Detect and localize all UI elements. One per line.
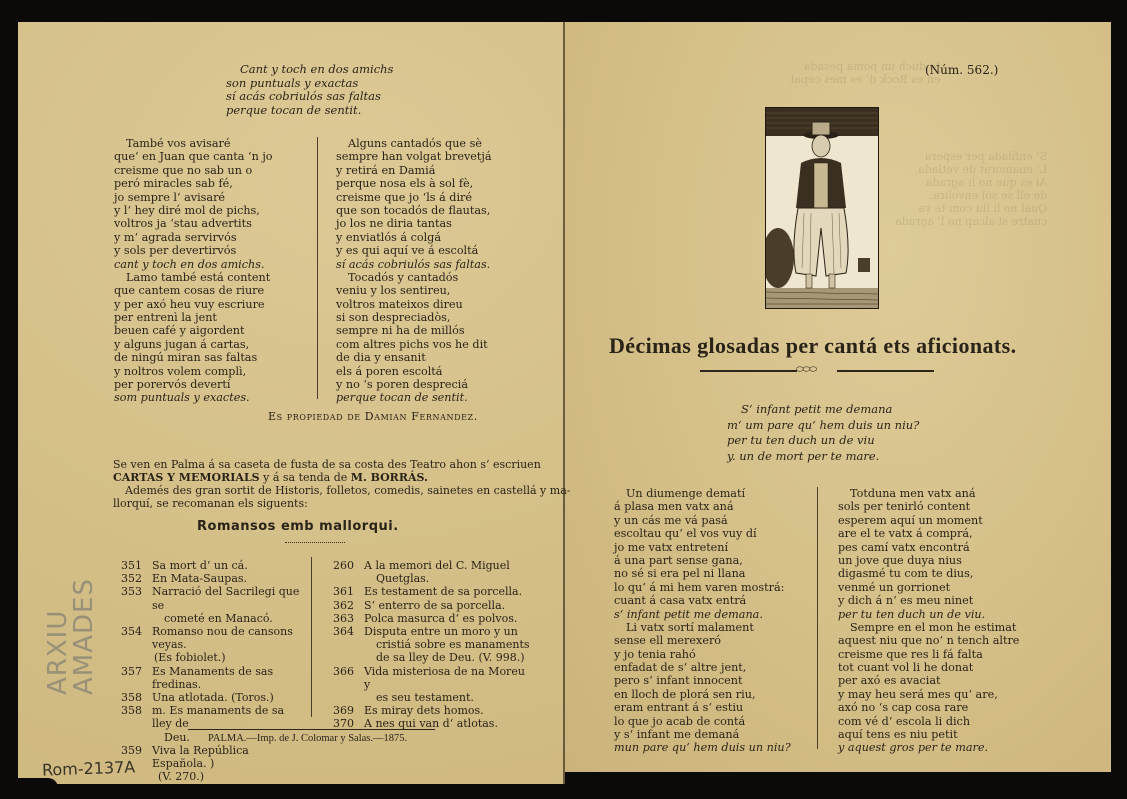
- verse-line: jo me vatx entretení: [614, 541, 791, 554]
- verse-line: y per axó heu vuy escriure: [114, 298, 273, 311]
- column-rule: [317, 137, 318, 399]
- verse-line: sense ell merexeró: [614, 634, 791, 647]
- verse-line: y es qui aquí ve á escoltá: [336, 244, 492, 257]
- column-rule: [817, 487, 818, 749]
- verse-line: y retirá en Damiá: [336, 164, 492, 177]
- center-fold: [563, 22, 565, 787]
- poem-title: Décimas glosadas per cantá ets aficionat…: [609, 333, 1016, 359]
- epigraph-line: sí acás cobriulós sas faltas: [226, 90, 406, 104]
- verse-line: peró miracles sab fé,: [114, 177, 273, 190]
- catalog-entry: 353Narració del Sacrilegi que se: [106, 585, 304, 611]
- entry-number: 361: [318, 585, 364, 598]
- verse-line: y enviatlós á colgá: [336, 231, 492, 244]
- torn-edge: [565, 772, 1127, 799]
- verse-line: y sols per devertirvós: [114, 244, 273, 257]
- verse-line: creisme que jo ‘ls á diré: [336, 191, 492, 204]
- entry-continuation: es seu testament.: [318, 691, 530, 704]
- catalog-right: 260A la memori del C. Miguel Quetglas. 3…: [318, 559, 530, 731]
- ornament-rule-right: [837, 370, 934, 372]
- verse-line: lo qu‘ á mi hem varen mostrá:: [614, 581, 791, 594]
- verse-line: y no ‘s poren despreciá: [336, 378, 492, 391]
- verse-line: y jo tenia rahó: [614, 648, 791, 661]
- entry-title: Narració del Sacrilegi que se: [152, 585, 304, 611]
- verse-line: jo sempre l‘ avisaré: [114, 191, 273, 204]
- catalog-left: 351Sa mort d‘ un cá. 352En Mata-Saupas. …: [106, 559, 304, 783]
- verse-line: sempre han volgat brevetjá: [336, 150, 492, 163]
- imprint-rule: [188, 729, 435, 730]
- catalog-entry: 357Es Manaments de sas fredinas.: [106, 665, 304, 691]
- verse-line: per entrenì la jent: [114, 311, 273, 324]
- epigraph-line: son puntuals y exactas: [226, 77, 406, 91]
- entry-title: Una atlotada. (Toros.): [152, 691, 304, 704]
- verse-line: y dich á n‘ es meu ninet: [838, 594, 1019, 607]
- verse-line: els á poren escoltá: [336, 365, 492, 378]
- verse-line: y m‘ agrada servirvós: [114, 231, 273, 244]
- epigraph-line: S‘ infant petit me demana: [727, 402, 919, 418]
- sale-line: llorquí, se recomanan els siguents:: [113, 497, 538, 510]
- right-epigraph: S‘ infant petit me demana m‘ um pare qu‘…: [727, 402, 919, 464]
- entry-number: 357: [106, 665, 152, 691]
- entry-title: Vida misteriosa de na Moreu y: [364, 665, 530, 691]
- torn-corner: [18, 778, 58, 788]
- entry-number: 366: [318, 665, 364, 691]
- verse-line: creisme que res li fá falta: [838, 648, 1019, 661]
- entry-title: En Mata-Saupas.: [152, 572, 304, 585]
- verse-line: de dia y ensanit: [336, 351, 492, 364]
- entry-number: 358: [106, 704, 152, 730]
- entry-title: Polca masurca d‘ es polvos.: [364, 612, 530, 625]
- epigraph-line: perque tocan de sentit.: [226, 104, 406, 118]
- verse-line: que‘ en Juan que canta ‘n jo: [114, 150, 273, 163]
- entry-title: A la memori del C. Miguel: [364, 559, 530, 572]
- verse-line: y may heu será mes qu‘ are,: [838, 688, 1019, 701]
- verse-line: Un diumenge dematí: [614, 487, 791, 500]
- verse-line: perque nosa els à sol fè,: [336, 177, 492, 190]
- verse-line: si son despreciadòs,: [336, 311, 492, 324]
- entry-number: 364: [318, 625, 364, 638]
- verse-line: Tocadós y cantadós: [336, 271, 492, 284]
- verse-line: y noltros volem complì,: [114, 365, 273, 378]
- ornament-icon: ⬭⬭⬭: [796, 365, 816, 375]
- verse-line: y l‘ hey diré mol de pichs,: [114, 204, 273, 217]
- verse-line: sols per tenirló content: [838, 500, 1019, 513]
- verse-line: y alguns jugan á cartas,: [114, 338, 273, 351]
- entry-continuation: (V. 270.): [106, 770, 304, 783]
- verse-line: y s‘ infant me demaná: [614, 728, 791, 741]
- epigraph-line: m‘ um pare qu‘ hem duis un niu?: [727, 418, 919, 434]
- catalog-entry: 354Romanso nou de cansons veyas.: [106, 625, 304, 651]
- sale-text: y á sa tenda de: [260, 471, 351, 484]
- verse-line: de ningú miran sas faltas: [114, 351, 273, 364]
- bleed-through-text: S‘ enfilada per esperaL‘ enamorat de vet…: [895, 150, 1047, 228]
- verse-line: y un cás me vá pasá: [614, 514, 791, 527]
- verse-refrain: sí acás cobriulós sas faltas.: [336, 258, 492, 271]
- entry-continuation: de sa lley de Deu. (V. 998.): [318, 651, 530, 664]
- verse-line: voltros mateixos direu: [336, 298, 492, 311]
- right-column-1: Un diumenge dematí á plasa men vatx aná …: [614, 487, 791, 755]
- verse-line: enfadat de s‘ altre jent,: [614, 661, 791, 674]
- entry-continuation: Quetglas.: [318, 572, 530, 585]
- entry-title: Disputa entre un moro y un: [364, 625, 530, 638]
- catalog-entry: 359Viva la República Española. ): [106, 744, 304, 770]
- entry-title: Es Manaments de sas fredinas.: [152, 665, 304, 691]
- verse-line: També vos avisaré: [114, 137, 273, 150]
- verse-line: á una part sense gana,: [614, 554, 791, 567]
- verse-refrain: cant y toch en dos amichs.: [114, 258, 273, 271]
- catalog-entry: 358Una atlotada. (Toros.): [106, 691, 304, 704]
- stamp-line: ARXIU: [46, 610, 70, 695]
- verse-line: com altres pichs vos he dit: [336, 338, 492, 351]
- entry-number: 358: [106, 691, 152, 704]
- verse-line: jo los ne diria tantas: [336, 217, 492, 230]
- catalog-entry: 351Sa mort d‘ un cá.: [106, 559, 304, 572]
- column-rule: [311, 557, 312, 717]
- stamp-line: AMADES: [72, 578, 96, 695]
- epigraph-line: per tu ten duch un de viu: [727, 433, 919, 449]
- shelf-mark: Rom-2137A: [42, 757, 136, 779]
- verse-line: un jove que duya nius: [838, 554, 1019, 567]
- verse-refrain: mun pare qu‘ hem duis un niu?: [614, 741, 791, 754]
- catalog-entry: 260A la memori del C. Miguel: [318, 559, 530, 572]
- catalog-entry: 361Es testament de sa porcella.: [318, 585, 530, 598]
- verse-line: axó no ‘s cap cosa rare: [838, 701, 1019, 714]
- verse-refrain: y aquest gros per te mare.: [838, 741, 1019, 754]
- verse-line: sempre ni ha de millós: [336, 324, 492, 337]
- verse-line: Lamo també está content: [114, 271, 273, 284]
- archive-stamp: ARXIU AMADES: [44, 585, 102, 695]
- verse-line: que cantem cosas de riure: [114, 284, 273, 297]
- verse-line: á plasa men vatx aná: [614, 500, 791, 513]
- verse-line: voltros ja ‘stau advertits: [114, 217, 273, 230]
- catalog-entry: 369Es miray dets homos.: [318, 704, 530, 717]
- verse-line: Alguns cantadós que sè: [336, 137, 492, 150]
- verse-line: escoltau qu‘ el vos vuy dí: [614, 527, 791, 540]
- issue-number: (Núm. 562.): [925, 63, 998, 77]
- entry-title: Sa mort d‘ un cá.: [152, 559, 304, 572]
- shop-name: M. BORRÁS.: [351, 471, 428, 484]
- bleed-through-text: Jo duch un poma pesadaen es Rock d‘ es m…: [790, 60, 940, 86]
- ornament-rule-left: [700, 370, 797, 372]
- left-epigraph: Cant y toch en dos amichs son puntuals y…: [226, 63, 406, 117]
- entry-title: Es miray dets homos.: [364, 704, 530, 717]
- catalog-entry: 366Vida misteriosa de na Moreu y: [318, 665, 530, 691]
- verse-line: en lloch de plorá sen riu,: [614, 688, 791, 701]
- sale-line: CARTAS Y MEMORIALS y á sa tenda de M. BO…: [113, 471, 538, 484]
- woodcut-illustration: [765, 107, 879, 309]
- verse-line: per porervós devertí: [114, 378, 273, 391]
- entry-number: 351: [106, 559, 152, 572]
- verse-line: com vé d‘ escola li dich: [838, 715, 1019, 728]
- epigraph-line: Cant y toch en dos amichs: [226, 63, 406, 77]
- epigraph-line: y. un de mort per te mare.: [727, 449, 919, 465]
- entry-number: 260: [318, 559, 364, 572]
- verse-line: Totduna men vatx aná: [838, 487, 1019, 500]
- catalog-entry: 363Polca masurca d‘ es polvos.: [318, 612, 530, 625]
- entry-title: Es testament de sa porcella.: [364, 585, 530, 598]
- figure-icon: [766, 108, 878, 308]
- verse-line: esperem aquí un moment: [838, 514, 1019, 527]
- property-notice: Es propiedad de Damian Fernandez.: [268, 410, 478, 423]
- verse-line: pero s‘ infant innocent: [614, 674, 791, 687]
- entry-number: 362: [318, 599, 364, 612]
- entry-number: 354: [106, 625, 152, 651]
- catalog-title: Romansos emb mallorqui.: [197, 519, 399, 534]
- verse-line: venmé un gorrionet: [838, 581, 1019, 594]
- entry-continuation: cristiá sobre es manaments: [318, 638, 530, 651]
- left-column-2: Alguns cantadós que sè sempre han volgat…: [336, 137, 492, 405]
- verse-line: no sé si era pel ni llana: [614, 567, 791, 580]
- entry-title: S‘ enterro de sa porcella.: [364, 599, 530, 612]
- verse-line: Sempre en el mon he estimat: [838, 621, 1019, 634]
- verse-line: que son tocadós de flautas,: [336, 204, 492, 217]
- verse-line: creisme que no sab un o: [114, 164, 273, 177]
- sale-notice: Se ven en Palma á sa caseta de fusta de …: [113, 458, 538, 510]
- entry-title: m. Es manaments de sa lley de: [152, 704, 304, 730]
- verse-line: eram entrant á s‘ estiu: [614, 701, 791, 714]
- verse-line: lo que jo acab de contá: [614, 715, 791, 728]
- sale-bold: CARTAS Y MEMORIALS: [113, 471, 260, 484]
- entry-number: 352: [106, 572, 152, 585]
- verse-line: veniu y los sentireu,: [336, 284, 492, 297]
- verse-line: aquest niu que no‘ n tench altre: [838, 634, 1019, 647]
- ornament-squiggle: [285, 539, 345, 543]
- entry-title: Viva la República Española. ): [152, 744, 304, 770]
- verse-refrain: per tu ten duch un de viu.: [838, 608, 1019, 621]
- imprint: PALMA.—Imp. de J. Colomar y Salas.—1875.: [208, 733, 407, 744]
- entry-number: 353: [106, 585, 152, 611]
- verse-line: pes camí vatx encontrá: [838, 541, 1019, 554]
- catalog-entry: 364Disputa entre un moro y un: [318, 625, 530, 638]
- entry-title: Romanso nou de cansons veyas.: [152, 625, 304, 651]
- verse-line: per axó es avaciat: [838, 674, 1019, 687]
- verse-line: beuen café y aigordent: [114, 324, 273, 337]
- catalog-entry: 362S‘ enterro de sa porcella.: [318, 599, 530, 612]
- verse-line: Li vatx sortí malament: [614, 621, 791, 634]
- entry-number: 369: [318, 704, 364, 717]
- torn-edge-left: [18, 784, 565, 799]
- catalog-entry: 358m. Es manaments de sa lley de: [106, 704, 304, 730]
- verse-refrain: som puntuals y exactes.: [114, 391, 273, 404]
- catalog-entry: 352En Mata-Saupas.: [106, 572, 304, 585]
- sale-line: Se ven en Palma á sa caseta de fusta de …: [113, 458, 538, 471]
- left-column-1: També vos avisaré que‘ en Juan que canta…: [114, 137, 273, 405]
- verse-line: aquí tens es niu petit: [838, 728, 1019, 741]
- right-column-2: Totduna men vatx aná sols per tenirló co…: [838, 487, 1019, 755]
- verse-line: digasmé tu com te dius,: [838, 567, 1019, 580]
- verse-line: are el te vatx á comprá,: [838, 527, 1019, 540]
- sale-line: Ademés des gran sortit de Historis, foll…: [113, 484, 538, 497]
- entry-continuation: cometé en Manacó.: [106, 612, 304, 625]
- verse-refrain: s‘ infant petit me demana.: [614, 608, 791, 621]
- verse-refrain: perque tocan de sentit.: [336, 391, 492, 404]
- entry-number: 363: [318, 612, 364, 625]
- verse-line: tot cuant vol li he donat: [838, 661, 1019, 674]
- entry-continuation: (Es fobiolet.): [106, 651, 304, 664]
- verse-line: cuant á casa vatx entrá: [614, 594, 791, 607]
